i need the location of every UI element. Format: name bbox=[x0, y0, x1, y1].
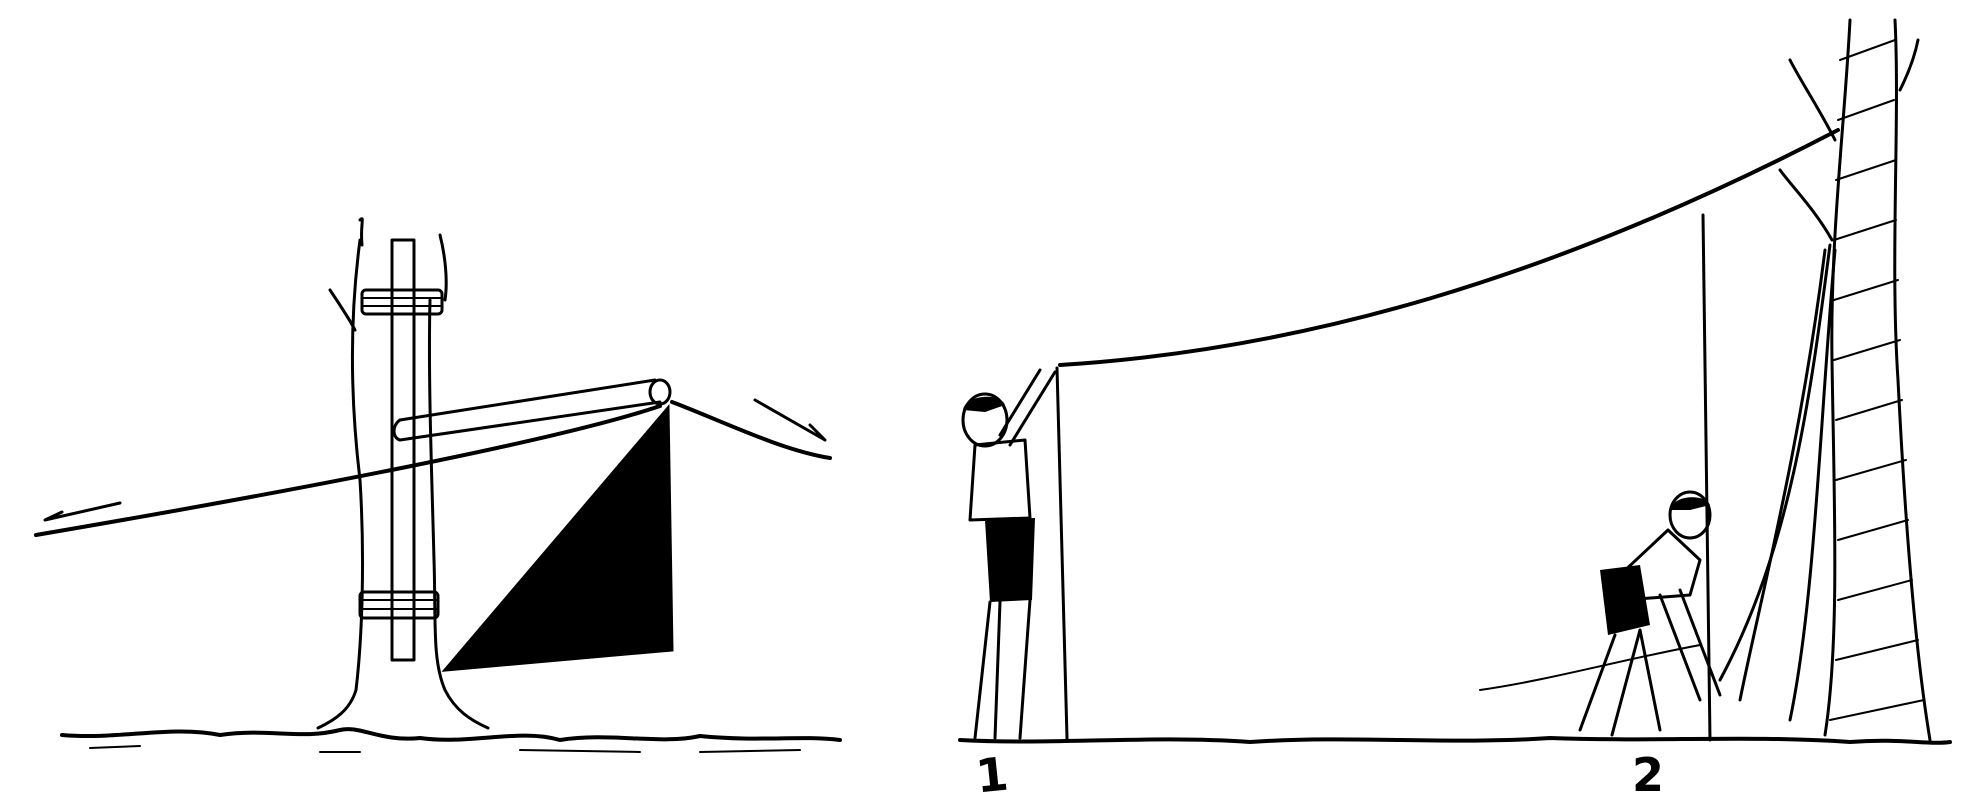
figure-label-2: 2 bbox=[1632, 752, 1664, 798]
right-panel-scouts-sheet bbox=[960, 20, 1950, 743]
scout-2 bbox=[1580, 492, 1720, 735]
figure-label-1: 1 bbox=[974, 750, 1011, 799]
left-panel-tree-flag bbox=[36, 219, 840, 752]
illustration-canvas bbox=[0, 0, 1961, 803]
scout-1 bbox=[963, 370, 1055, 738]
